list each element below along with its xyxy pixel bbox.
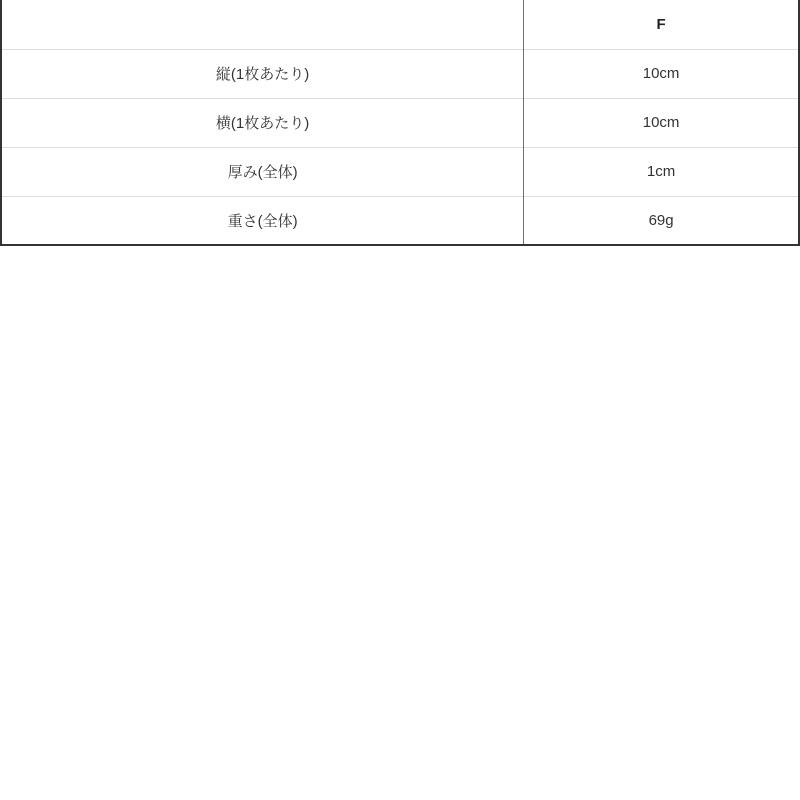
- row-label-height: 縦(1枚あたり): [1, 49, 524, 98]
- row-label-thickness: 厚み(全体): [1, 147, 524, 196]
- row-value-height: 10cm: [524, 49, 799, 98]
- row-label-width: 横(1枚あたり): [1, 98, 524, 147]
- table-row: 厚み(全体) 1cm: [1, 147, 799, 196]
- table-row: 縦(1枚あたり) 10cm: [1, 49, 799, 98]
- header-label-cell: [1, 0, 524, 49]
- row-value-weight: 69g: [524, 196, 799, 245]
- header-size-cell: F: [524, 0, 799, 49]
- table-row: 横(1枚あたり) 10cm: [1, 98, 799, 147]
- row-value-thickness: 1cm: [524, 147, 799, 196]
- blank-area: [0, 246, 800, 800]
- page: F 縦(1枚あたり) 10cm 横(1枚あたり) 10cm 厚み(全体) 1cm…: [0, 0, 800, 800]
- table-header-row: F: [1, 0, 799, 49]
- row-value-width: 10cm: [524, 98, 799, 147]
- row-label-weight: 重さ(全体): [1, 196, 524, 245]
- product-spec-table: F 縦(1枚あたり) 10cm 横(1枚あたり) 10cm 厚み(全体) 1cm…: [0, 0, 800, 246]
- table-row: 重さ(全体) 69g: [1, 196, 799, 245]
